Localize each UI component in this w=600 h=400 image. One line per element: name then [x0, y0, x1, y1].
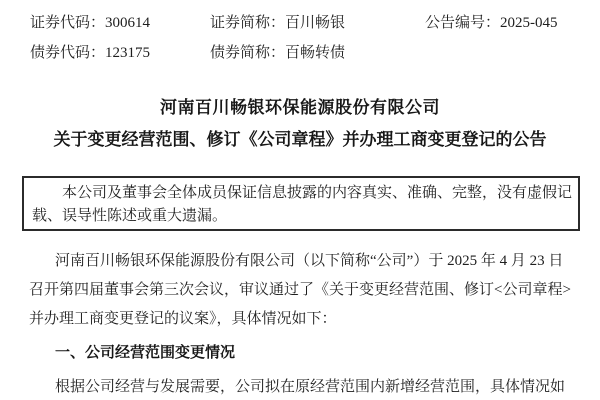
bond-code: 债券代码：123175 — [30, 43, 210, 63]
security-code: 证券代码：300614 — [30, 13, 210, 33]
disclaimer-box: 本公司及董事会全体成员保证信息披露的内容真实、准确、完整，没有虚假记 载、误导性… — [22, 176, 580, 231]
security-short-name: 证券简称：百川畅银 — [210, 13, 425, 33]
paragraph-line-1: 河南百川畅银环保能源股份有限公司（以下简称“公司”）于 2025 年 4 月 2… — [29, 247, 575, 276]
paragraph-line-3: 并办理工商变更登记的议案》，具体情况如下： — [29, 305, 575, 334]
page-title-subject: 关于变更经营范围、修订《公司章程》并办理工商变更登记的公告 — [0, 128, 600, 152]
body-paragraph-1: 河南百川畅银环保能源股份有限公司（以下简称“公司”）于 2025 年 4 月 2… — [29, 247, 575, 334]
paragraph-line-2: 召开第四届董事会第三次会议，审议通过了《关于变更经营范围、修订<公司章程> — [29, 276, 575, 305]
bond-short-name: 债券简称：百畅转债 — [210, 43, 425, 63]
announcement-document: 证券代码：300614 证券简称：百川畅银 公告编号：2025-045 债券代码… — [0, 0, 600, 400]
announcement-number: 公告编号：2025-045 — [425, 13, 590, 33]
header-row-bonds: 债券代码：123175 债券简称：百畅转债 — [30, 43, 590, 63]
body-paragraph-2: 根据公司经营与发展需要，公司拟在原经营范围内新增经营范围，具体情况如 — [29, 376, 575, 398]
header-row-securities: 证券代码：300614 证券简称：百川畅银 公告编号：2025-045 — [30, 13, 590, 33]
disclaimer-line-1: 本公司及董事会全体成员保证信息披露的内容真实、准确、完整，没有虚假记 — [32, 182, 566, 205]
header-empty-cell — [425, 43, 590, 63]
page-title-company: 河南百川畅银环保能源股份有限公司 — [0, 96, 600, 120]
section-heading-1: 一、公司经营范围变更情况 — [29, 342, 575, 364]
disclaimer-line-2: 载、误导性陈述或重大遗漏。 — [32, 205, 566, 228]
document-header: 证券代码：300614 证券简称：百川畅银 公告编号：2025-045 债券代码… — [0, 0, 600, 63]
